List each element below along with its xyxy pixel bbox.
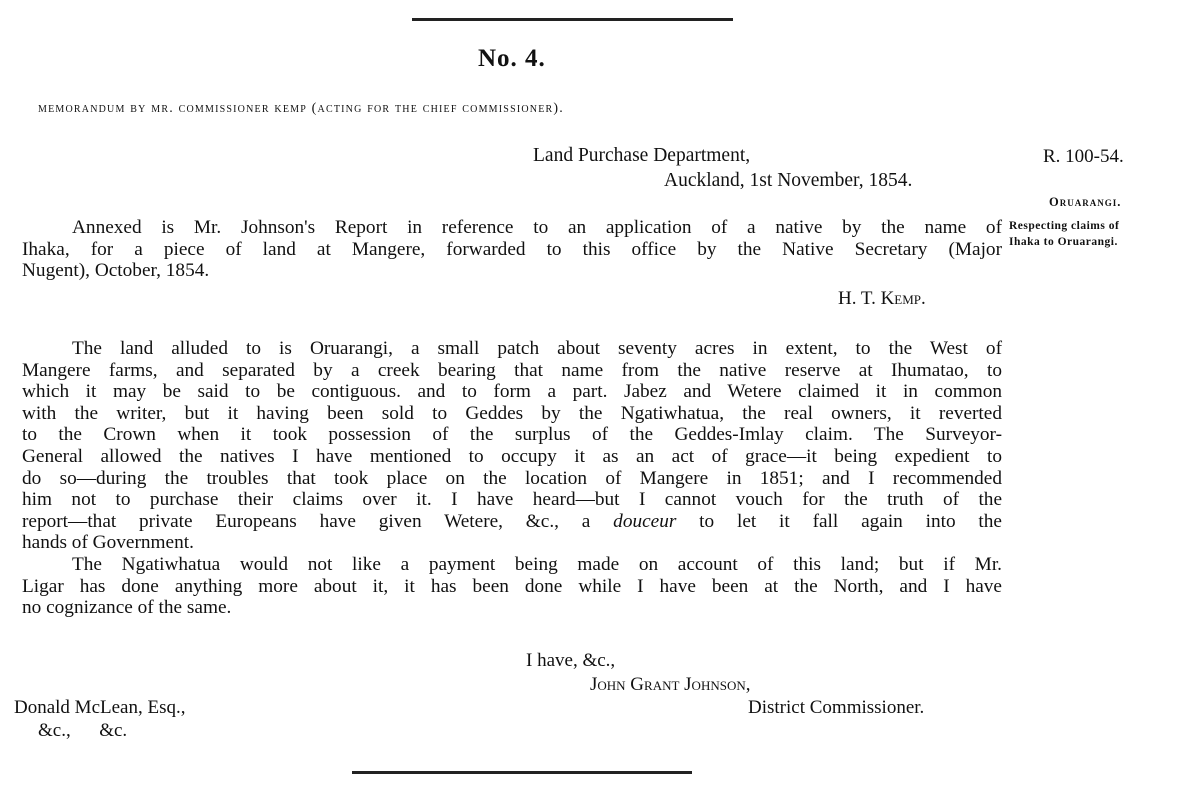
memo-line: Nugent), October, 1854.	[22, 260, 1002, 282]
closing: I have, &c.,	[526, 650, 615, 672]
margin-note-line-1: Respecting claims of	[1009, 218, 1119, 235]
memorandum-heading: Memorandum by Mr. Commissioner Kemp (Act…	[38, 101, 564, 117]
addressee: Donald McLean, Esq.,	[14, 697, 185, 719]
report-line: to the Crown when it took possession of …	[22, 424, 1002, 446]
report-paragraph-1: The land alluded to is Oruarangi, a smal…	[22, 338, 1002, 619]
report-line: General allowed the natives I have menti…	[22, 446, 1002, 468]
report-line: him not to purchase their claims over it…	[22, 489, 1002, 511]
report-line: The Ngatiwhatua would not like a payment…	[22, 554, 1002, 576]
report-text: report—that private Europeans have given…	[22, 511, 613, 532]
report-line: do so—during the troubles that took plac…	[22, 468, 1002, 490]
margin-title: Oruarangi.	[1049, 195, 1121, 210]
italic-word: douceur	[613, 511, 676, 532]
address-line-2: Auckland, 1st November, 1854.	[664, 170, 912, 192]
report-line: with the writer, but it having been sold…	[22, 403, 1002, 425]
signatory-name: John Grant Johnson,	[590, 674, 750, 696]
report-line: The land alluded to is Oruarangi, a smal…	[22, 338, 1002, 360]
signatory-title: District Commissioner.	[748, 697, 924, 719]
margin-note-line-2: Ihaka to Oruarangi.	[1009, 234, 1118, 251]
report-line: no cognizance of the same.	[22, 597, 1002, 619]
memo-line: Annexed is Mr. Johnson's Report in refer…	[22, 217, 1002, 239]
top-rule	[412, 18, 733, 21]
document-number: No. 4.	[478, 45, 546, 73]
bottom-rule	[352, 771, 692, 774]
report-line: report—that private Europeans have given…	[22, 511, 1002, 533]
report-line: which it may be said to be contiguous. a…	[22, 381, 1002, 403]
report-line: Mangere farms, and separated by a creek …	[22, 360, 1002, 382]
memo-line: Ihaka, for a piece of land at Mangere, f…	[22, 239, 1002, 261]
reference-number: R. 100-54.	[1043, 146, 1124, 168]
report-text: to let it fall again into the	[676, 511, 1002, 532]
report-line: Ligar has done anything more about it, i…	[22, 576, 1002, 598]
report-line: hands of Government.	[22, 532, 1002, 554]
address-line-1: Land Purchase Department,	[533, 145, 750, 167]
memo-signature: H. T. Kemp.	[838, 288, 926, 310]
addressee-etc: &c., &c.	[38, 720, 127, 742]
memo-body: Annexed is Mr. Johnson's Report in refer…	[22, 217, 1002, 282]
